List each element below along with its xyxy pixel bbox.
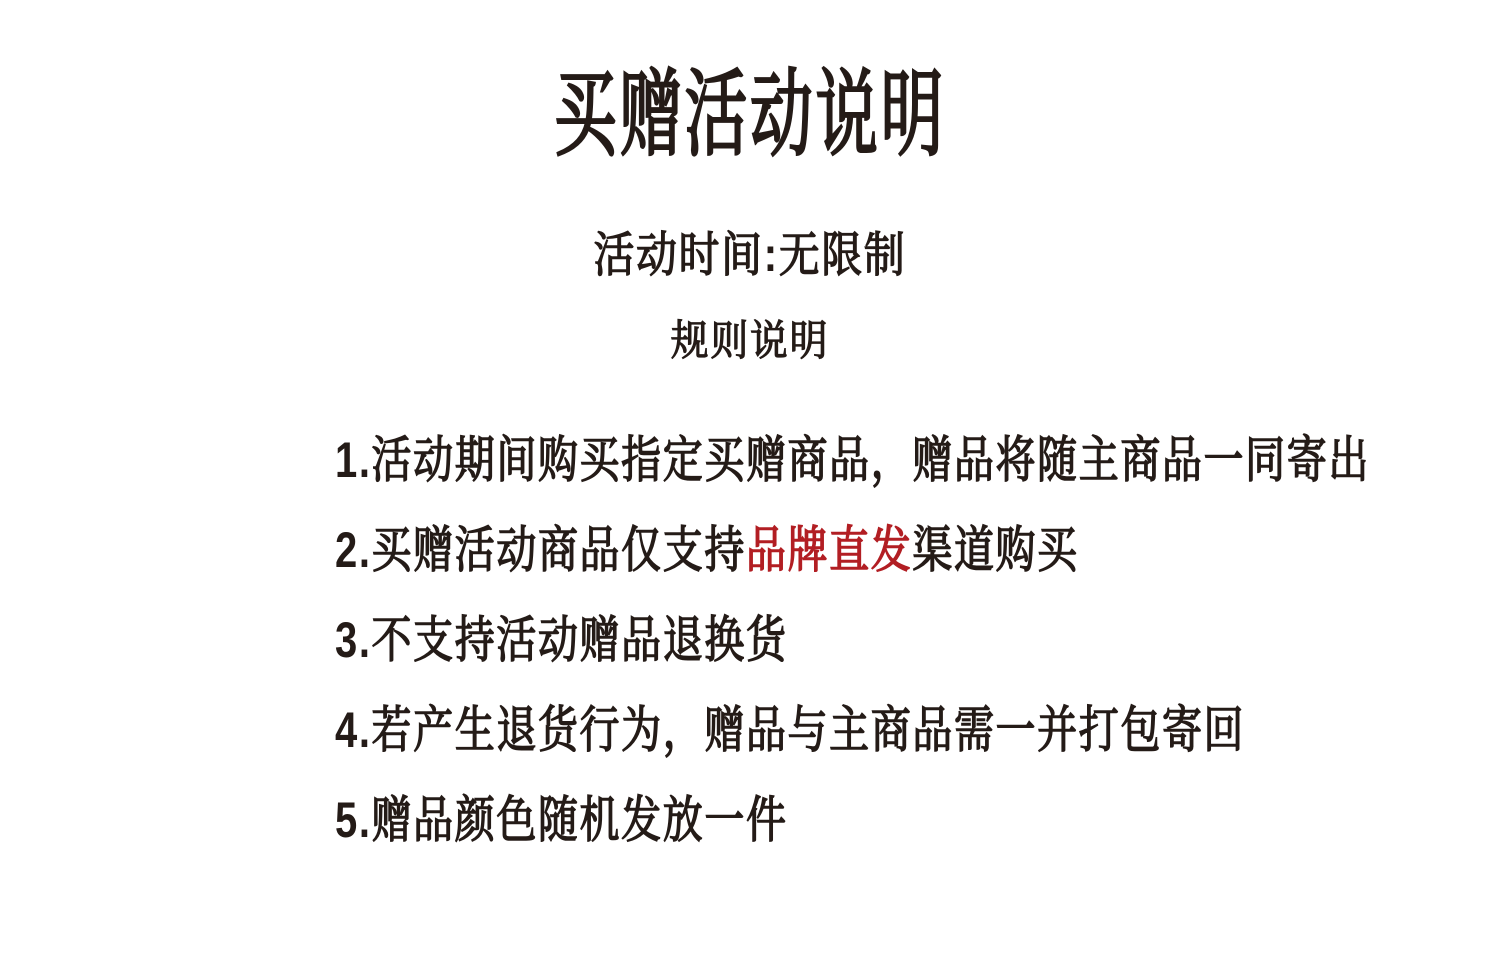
rule-line-3: 3.不支持活动赠品退换货: [335, 595, 1370, 685]
activity-time-text: 活动时间:无限制: [594, 232, 907, 280]
rule-1-text: 1.活动期间购买指定买赠商品，赠品将随主商品一同寄出: [335, 432, 1370, 488]
page-title-text: 买赠活动说明: [554, 68, 946, 163]
rules-heading-text: 规则说明: [671, 320, 829, 362]
rules-list: 1.活动期间购买指定买赠商品，赠品将随主商品一同寄出 2.买赠活动商品仅支持品牌…: [335, 415, 1500, 865]
rule-3-text: 3.不支持活动赠品退换货: [335, 612, 788, 668]
rule-line-2: 2.买赠活动商品仅支持品牌直发渠道购买: [335, 505, 1370, 595]
rule-2-suffix: 渠道购买: [912, 522, 1078, 578]
page-title: 买赠活动说明: [0, 68, 1500, 163]
rule-line-5: 5.赠品颜色随机发放一件: [335, 775, 1370, 865]
rule-4-text: 4.若产生退货行为，赠品与主商品需一并打包寄回: [335, 702, 1245, 758]
rule-2-highlight: 品牌直发: [746, 522, 912, 578]
activity-time: 活动时间:无限制: [0, 232, 1500, 280]
rules-heading: 规则说明: [0, 320, 1500, 362]
rule-2-prefix: 2.买赠活动商品仅支持: [335, 522, 746, 578]
rule-5-text: 5.赠品颜色随机发放一件: [335, 792, 788, 848]
rule-line-4: 4.若产生退货行为，赠品与主商品需一并打包寄回: [335, 685, 1370, 775]
rule-line-1: 1.活动期间购买指定买赠商品，赠品将随主商品一同寄出: [335, 415, 1370, 505]
